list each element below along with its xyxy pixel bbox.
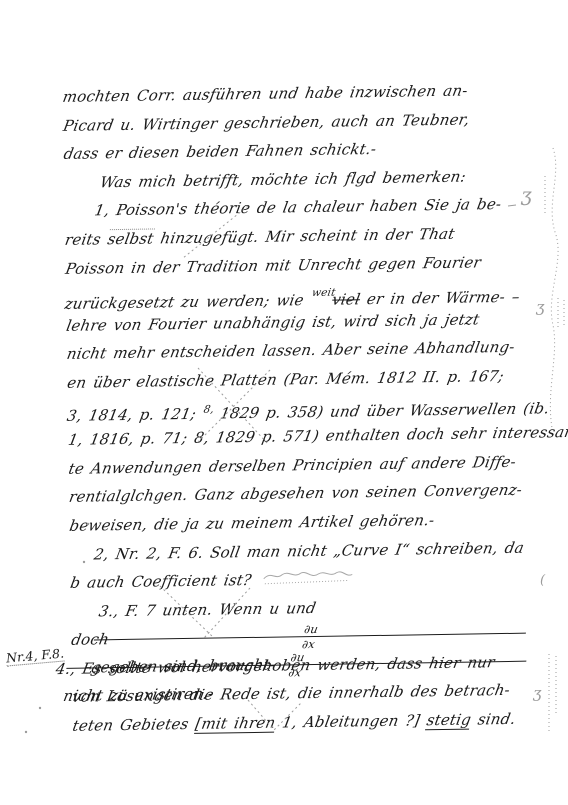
pencil-squiggle-mark: ʒ [521,186,532,205]
corrected-word: viel [331,290,362,308]
corrected-word: stetig [425,711,473,731]
margin-wave-mark [550,148,558,428]
pencil-squiggle-mark: ʒ [533,686,541,701]
manuscript-text-block: mochten Corr. ausführen und habe inzwisc… [60,76,530,741]
corrected-word: [mit ihren [194,714,277,734]
scanned-letter-page: mochten Corr. ausführen und habe inzwisc… [0,0,568,805]
left-margin-note: Nr.4, F.8. [5,646,64,667]
pencil-squiggle-mark: ʒ [536,300,544,315]
pencil-paren-mark: ( [540,574,545,587]
ink-speck [39,707,41,709]
manuscript-line: teten Gebietes [mit ihren 1, Ableitungen… [70,705,535,741]
pencil-annotation-illegible [259,571,354,590]
corrected-word: selbst [106,228,155,248]
ink-speck [25,731,27,733]
